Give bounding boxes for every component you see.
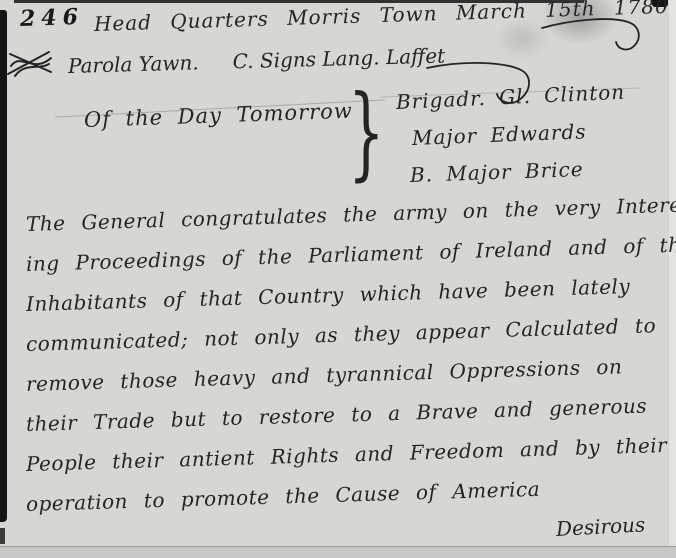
body-line: Inhabitants of that Country which have b… [26, 274, 631, 316]
body-line: their Trade but to restore to a Brave an… [26, 394, 648, 436]
pen-flourish-icon [540, 14, 645, 56]
scan-left-bottom-mark [0, 528, 5, 544]
officer-name: Major Edwards [412, 119, 587, 150]
document-scan: 246 Head Quarters Morris Town March 15th… [0, 0, 676, 558]
ink-blot-scribble-icon [5, 44, 55, 84]
scan-right-edge [669, 0, 676, 558]
body-line: ing Proceedings of the Parliament of Ire… [26, 232, 676, 276]
body-line: The General congratulates the army on th… [26, 192, 676, 236]
countersigns-text: C. Signs Lang. Laffet [232, 43, 445, 73]
body-line: remove those heavy and tyrannical Oppres… [26, 354, 623, 396]
scan-bottom-band [0, 546, 676, 558]
officer-name: B. Major Brice [410, 157, 584, 187]
parole-text: Parola Yawn. [68, 50, 199, 78]
catchword: Desirous [555, 512, 645, 541]
body-line: operation to promote the Cause of Americ… [26, 477, 541, 516]
page-number: 246 [20, 4, 85, 32]
officers-of-day-label: Of the Day Tomorrow [84, 99, 354, 132]
parole-line: Parola Yawn. C. Signs Lang. Laffet [68, 43, 446, 78]
body-line: communicated; not only as they appear Ca… [26, 313, 657, 356]
body-line: People their antient Rights and Freedom … [26, 433, 668, 476]
scan-left-border [0, 10, 7, 522]
officers-brace: } [348, 82, 385, 183]
